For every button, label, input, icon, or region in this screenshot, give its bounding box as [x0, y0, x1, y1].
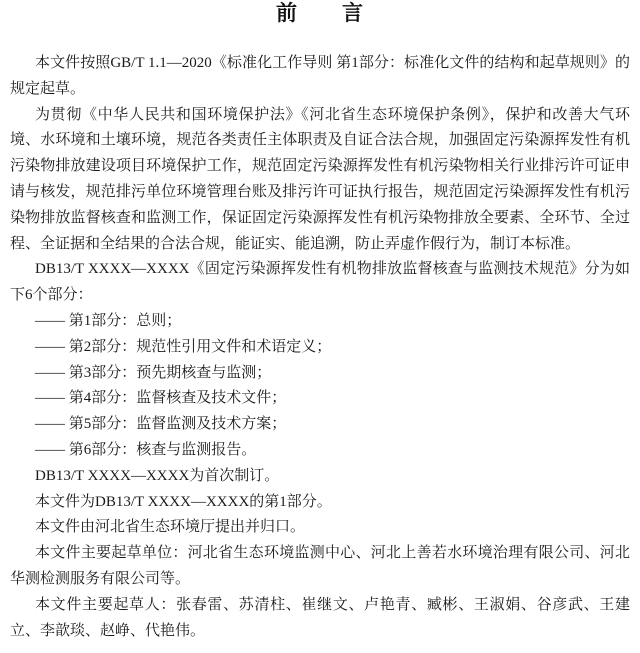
part-list-item-6: —— 第6部分：核查与监测报告。	[10, 438, 630, 464]
foreword-paragraph-basis: 本文件按照GB/T 1.1—2020《标准化工作导则 第1部分：标准化文件的结构…	[10, 51, 630, 103]
part-list-item-4: —— 第4部分：监督核查及技术文件；	[10, 386, 630, 412]
foreword-paragraph-series-intro: DB13/T XXXX—XXXX《固定污染源挥发性有机物排放监督核查与监测技术规…	[10, 257, 630, 309]
part-list-item-3: —— 第3部分：预先期核查与监测；	[10, 361, 630, 387]
part-list-item-1: —— 第1部分：总则；	[10, 309, 630, 335]
foreword-paragraph-purpose: 为贯彻《中华人民共和国环境保护法》《河北省生态环境保护条例》，保护和改善大气环境…	[10, 103, 630, 258]
page-title: 前 言	[10, 2, 630, 26]
part-list-item-5: —— 第5部分：监督监测及技术方案；	[10, 412, 630, 438]
part-list-item-2: —— 第2部分：规范性引用文件和术语定义；	[10, 335, 630, 361]
foreword-paragraph-drafters: 本文件主要起草人：张春雷、苏清柱、崔继文、卢艳青、臧彬、王淑娟、谷彦武、王建立、…	[10, 593, 630, 645]
foreword-paragraph-part-number: 本文件为DB13/T XXXX—XXXX的第1部分。	[10, 490, 630, 516]
foreword-paragraph-drafting-organizations: 本文件主要起草单位：河北省生态环境监测中心、河北上善若水环境治理有限公司、河北华…	[10, 541, 630, 593]
foreword-paragraph-first-edition: DB13/T XXXX—XXXX为首次制订。	[10, 464, 630, 490]
foreword-paragraph-proposed-by: 本文件由河北省生态环境厅提出并归口。	[10, 515, 630, 541]
document-page: 前 言 本文件按照GB/T 1.1—2020《标准化工作导则 第1部分：标准化文…	[0, 0, 640, 653]
